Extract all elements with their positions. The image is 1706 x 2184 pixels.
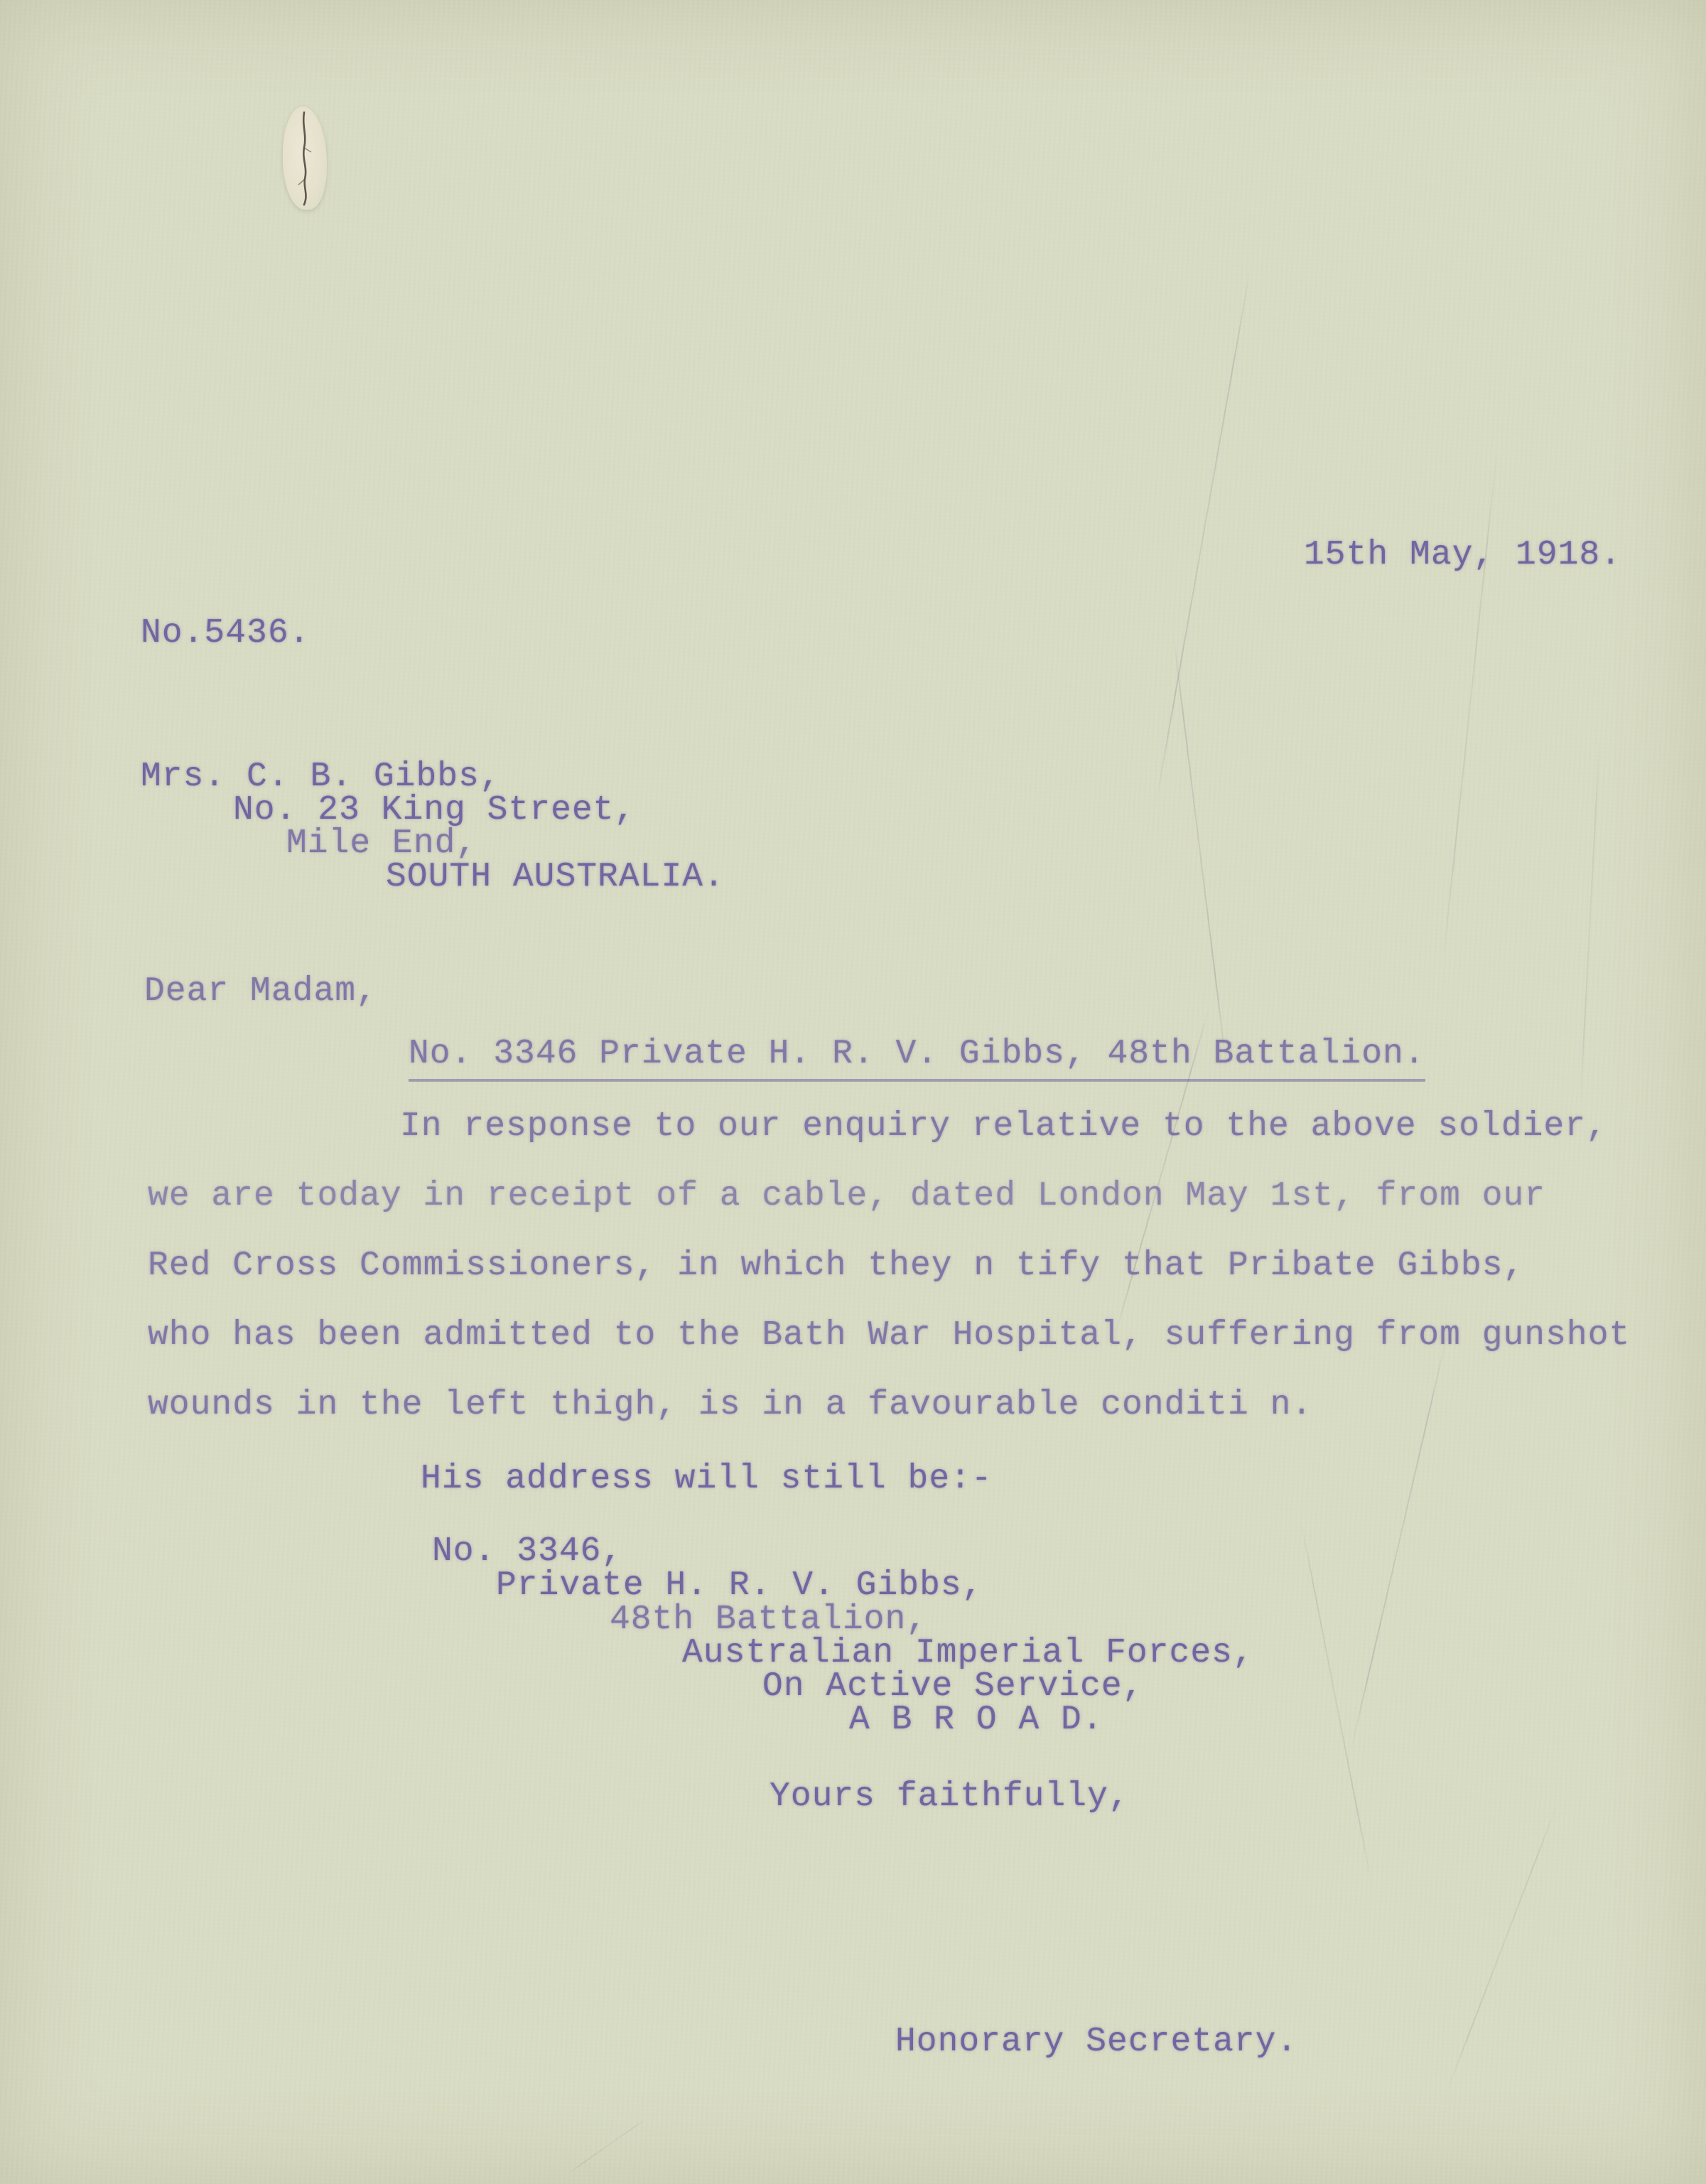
signature-title: Honorary Secretary. (895, 2024, 1297, 2060)
recipient-line: No. 23 King Street, (233, 792, 635, 828)
body-line: Red Cross Commissioners, in which they n… (148, 1248, 1524, 1284)
soldier-address-line: A B R O A D. (849, 1702, 1103, 1738)
body-line: we are today in receipt of a cable, date… (148, 1178, 1545, 1214)
tear-crack-icon (283, 107, 327, 210)
salutation: Dear Madam, (144, 974, 377, 1009)
paper-tear (283, 107, 327, 210)
valediction: Yours faithfully, (770, 1779, 1130, 1814)
soldier-address-line: 48th Battalion, (610, 1602, 927, 1637)
paper-crease (566, 2117, 648, 2175)
soldier-address-line: No. 3346, (432, 1534, 622, 1569)
body-line: In response to our enquiry relative to t… (400, 1109, 1607, 1144)
paper-crease (1442, 455, 1497, 964)
paper-crease (1155, 263, 1252, 809)
soldier-address-line: Private H. R. V. Gibbs, (496, 1568, 983, 1603)
paper-crease (1447, 1805, 1557, 2091)
address-intro: His address will still be:- (421, 1461, 993, 1497)
subject-line: No. 3346 Private H. R. V. Gibbs, 48th Ba… (409, 1036, 1425, 1082)
paper-crease (1300, 1521, 1372, 1884)
date-line: 15th May, 1918. (1304, 537, 1621, 573)
soldier-address-line: On Active Service, (762, 1669, 1143, 1704)
reference-number: No.5436. (141, 615, 310, 651)
paper-crease (1580, 739, 1600, 1108)
soldier-address-line: Australian Imperial Forces, (682, 1635, 1254, 1671)
recipient-line: Mrs. C. B. Gibbs, (141, 759, 501, 795)
paper-crease (1172, 633, 1228, 1070)
body-line: wounds in the left thigh, is in a favour… (148, 1387, 1312, 1423)
recipient-line: Mile End, (286, 826, 477, 861)
letter-page: 15th May, 1918. No.5436. Mrs. C. B. Gibb… (0, 0, 1706, 2184)
recipient-line: SOUTH AUSTRALIA. (386, 859, 725, 895)
body-line: who has been admitted to the Bath War Ho… (148, 1318, 1630, 1353)
paper-crease (1350, 1336, 1447, 1752)
